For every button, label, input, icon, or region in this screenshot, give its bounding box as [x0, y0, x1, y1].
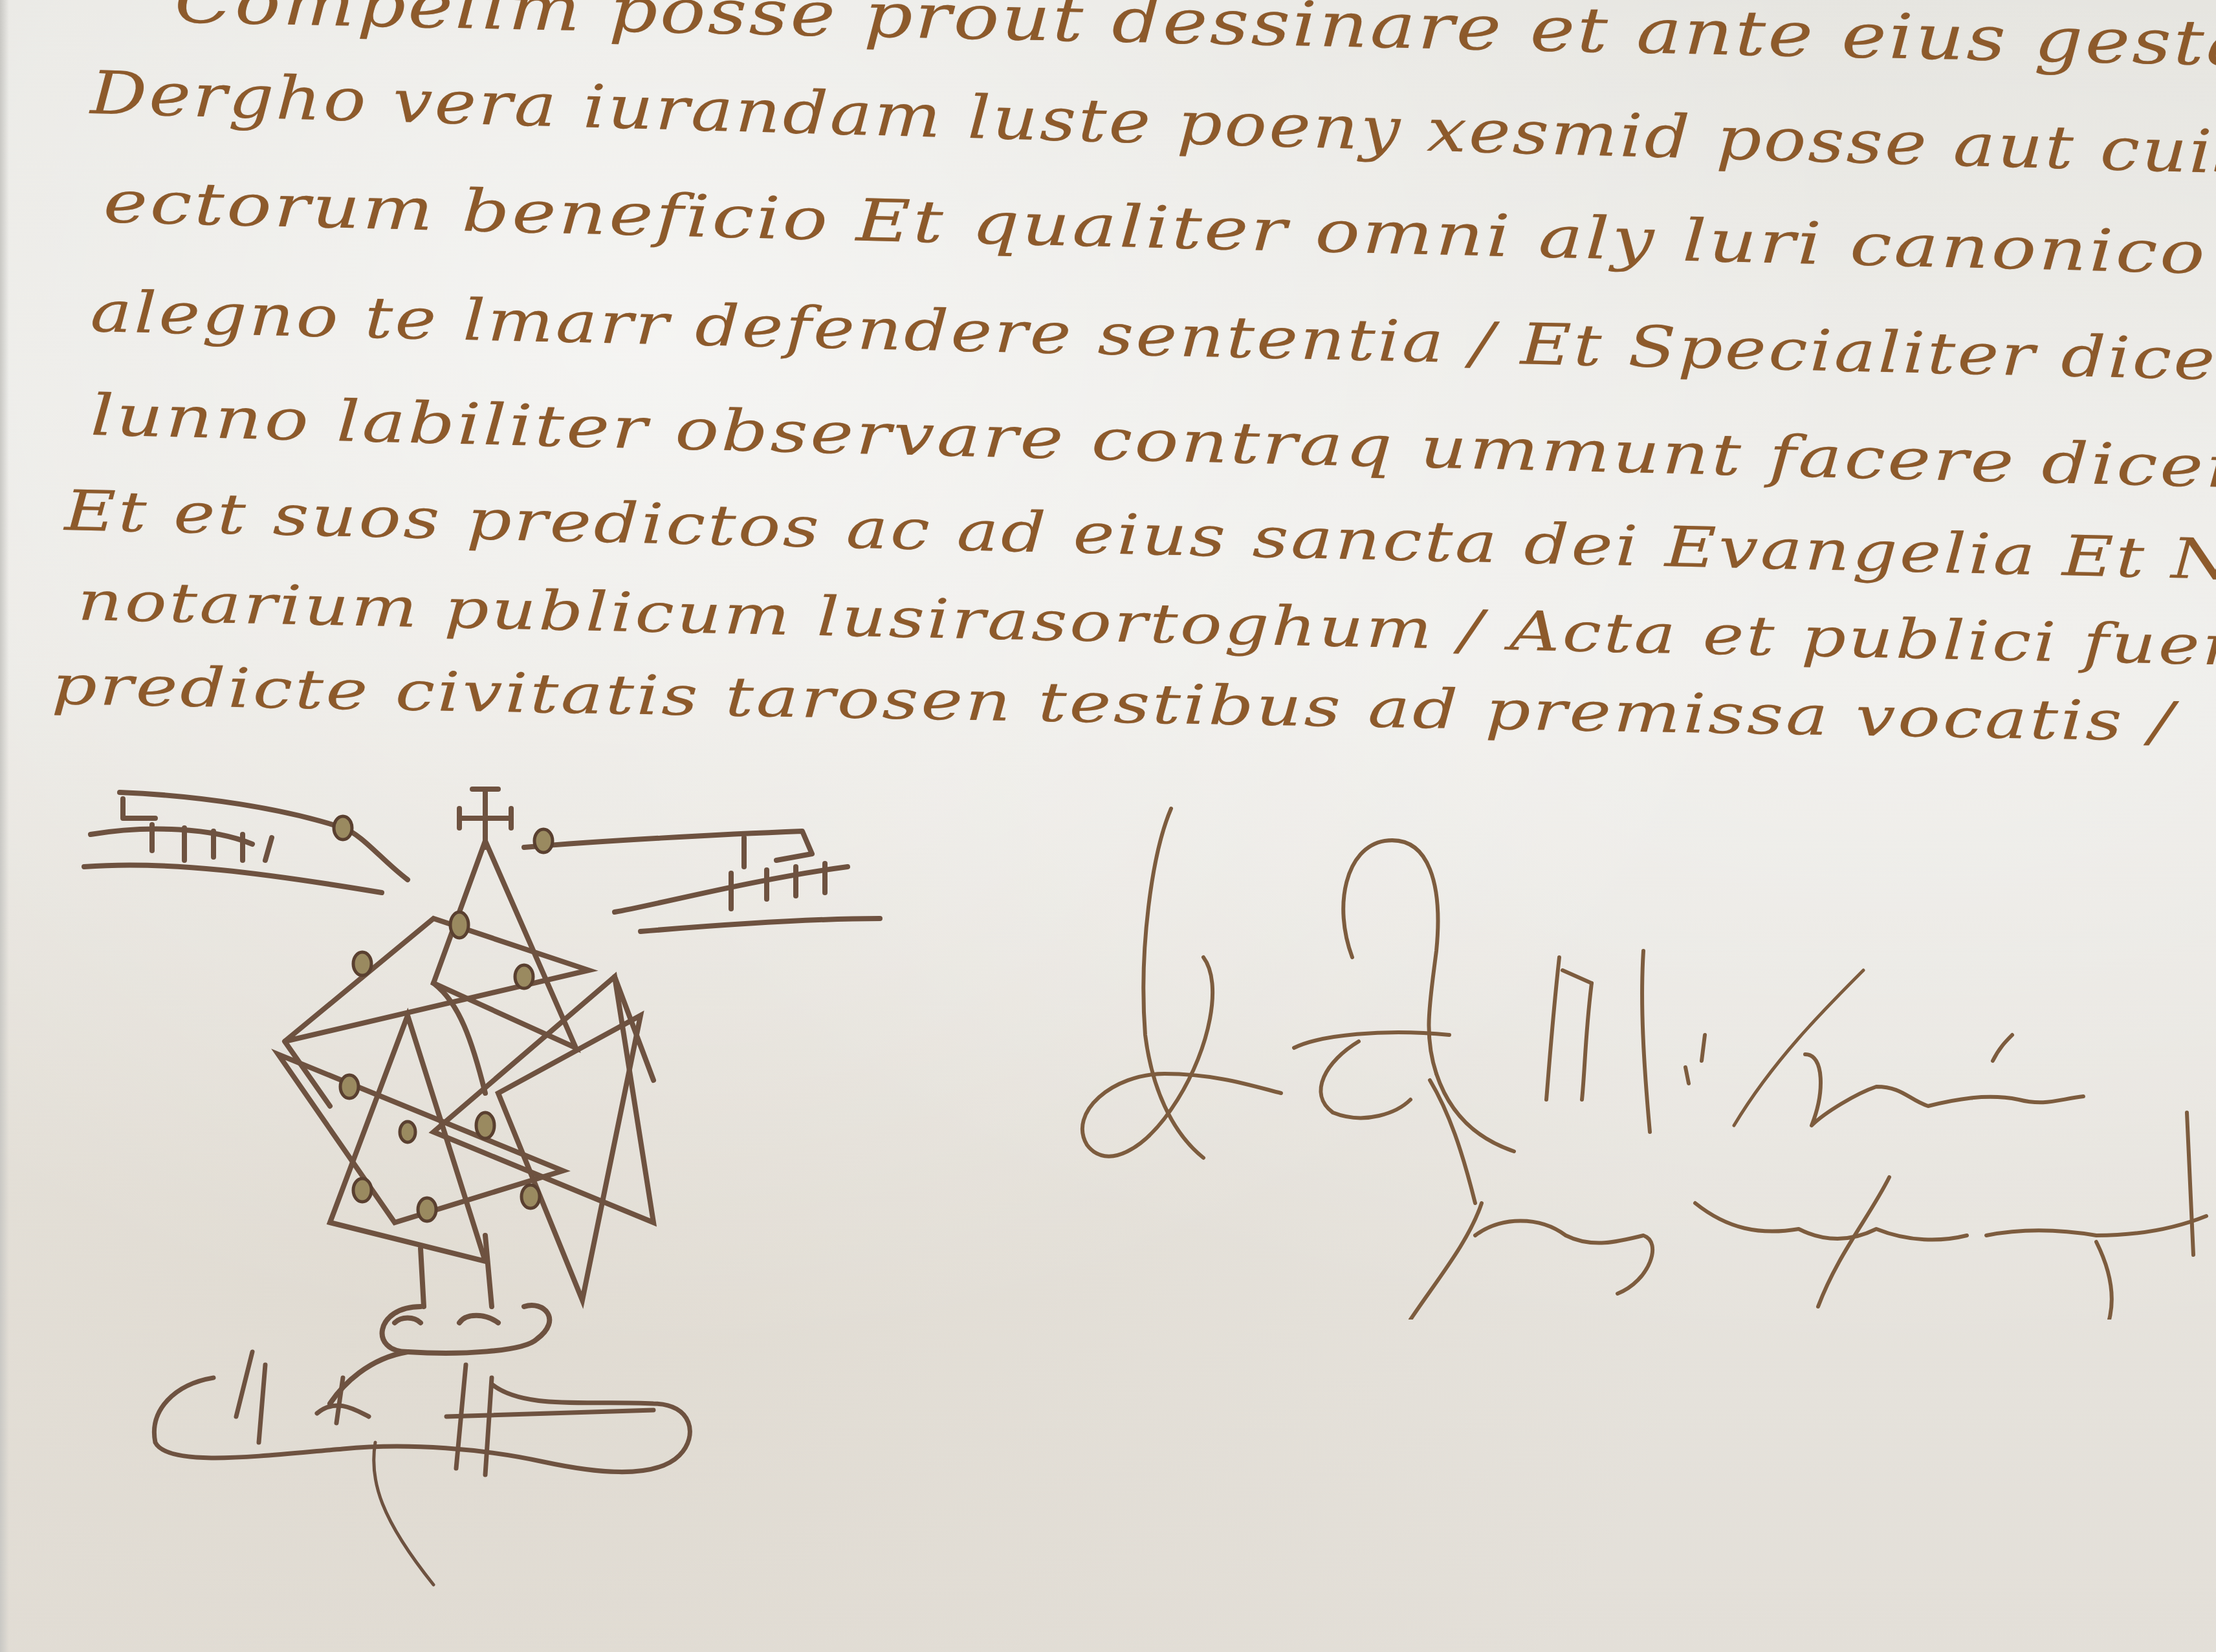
manuscript-line-3: ectorum beneficio Et qualiter omni aly l… [103, 168, 2216, 298]
looped-initial-icon [1082, 809, 1514, 1158]
interlaced-star-icon [278, 841, 653, 1300]
manuscript-text-block: Compelim posse prout dessinare et ante e… [0, 0, 2216, 776]
manuscript-line-2: Dergho vera iurandam luste poeny xesmid … [90, 58, 2216, 193]
loop-base-icon [330, 1235, 549, 1404]
notarial-sign [71, 770, 977, 1611]
manuscript-line-4: alegno te lmarr defendere sententia / Et… [90, 278, 2216, 403]
right-pennant-icon [524, 831, 880, 931]
signature-graphic [1048, 789, 2216, 1320]
left-pennant-icon [84, 792, 408, 893]
signature-second-line-icon [1410, 1080, 2206, 1320]
notary-signature [1048, 789, 2216, 1320]
notarial-sign-graphic [71, 770, 977, 1611]
initials-flourish-icon [154, 1352, 690, 1585]
signature-name-icon [1546, 951, 2083, 1132]
